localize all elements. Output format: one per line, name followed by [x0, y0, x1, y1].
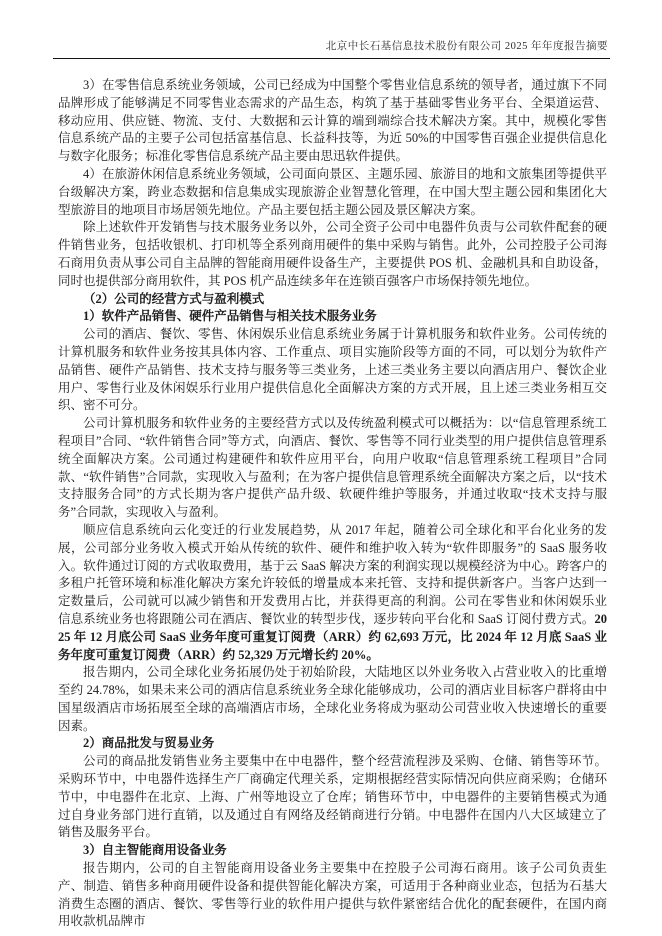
paragraph-travel-leisure-systems: 4）在旅游休闲信息系统业务领域，公司面向景区、主题乐园、旅游目的地和文旅集团等提… [58, 166, 607, 219]
paragraph-retail-info-systems: 3）在零售信息系统业务领域，公司已经成为中国整个零售业信息系统的领导者，通过旗下… [58, 77, 607, 166]
section-heading-operating-model: （2）公司的经营方式与盈利模式 [58, 291, 607, 309]
page-number: 3 [595, 865, 600, 876]
paragraph-hardware-sales: 除上述软件开发销售与技术服务业务以外，公司全资子公司中电器件负责与公司软件配套的… [58, 219, 607, 290]
header-rule [53, 58, 610, 59]
section-heading-smart-commercial-devices: 3）自主智能商用设备业务 [58, 842, 607, 860]
paragraph-saas-transition: 顺应信息系统向云化变迁的行业发展趋势，从 2017 年起，随着公司全球化和平台化… [58, 522, 607, 664]
report-page: 北京中长石基信息技术股份有限公司 2025 年年度报告摘要 3）在零售信息系统业… [0, 0, 662, 936]
paragraph-smart-devices-business: 报告期内，公司的自主智能商用设备业务主要集中在控股子公司海石商用。该子公司负责生… [58, 860, 607, 931]
section-heading-software-hardware-services: 1）软件产品销售、硬件产品销售与相关技术服务业务 [58, 308, 607, 326]
paragraph-wholesale-business: 公司的商品批发销售业务主要集中在中电器件，整个经营流程涉及采购、仓储、销售等环节… [58, 753, 607, 842]
header-title: 北京中长石基信息技术股份有限公司 2025 年年度报告摘要 [326, 38, 608, 53]
section-heading-wholesale-trade: 2）商品批发与贸易业务 [58, 735, 607, 753]
paragraph-globalization: 报告期内，公司全球化业务拓展仍处于初始阶段，大陆地区以外业务收入占营业收入的比重… [58, 664, 607, 735]
paragraph-traditional-profit-model: 公司计算机服务和软件业务的主要经营方式以及传统盈利模式可以概括为：以“信息管理系… [58, 415, 607, 522]
paragraph-business-categories: 公司的酒店、餐饮、零售、休闲娱乐业信息系统业务属于计算机服务和软件业务。公司传统… [58, 326, 607, 415]
document-body: 3）在零售信息系统业务领域，公司已经成为中国整个零售业信息系统的领导者，通过旗下… [58, 77, 607, 931]
paragraph-saas-transition-text: 顺应信息系统向云化变迁的行业发展趋势，从 2017 年起，随着公司全球化和平台化… [58, 523, 607, 626]
